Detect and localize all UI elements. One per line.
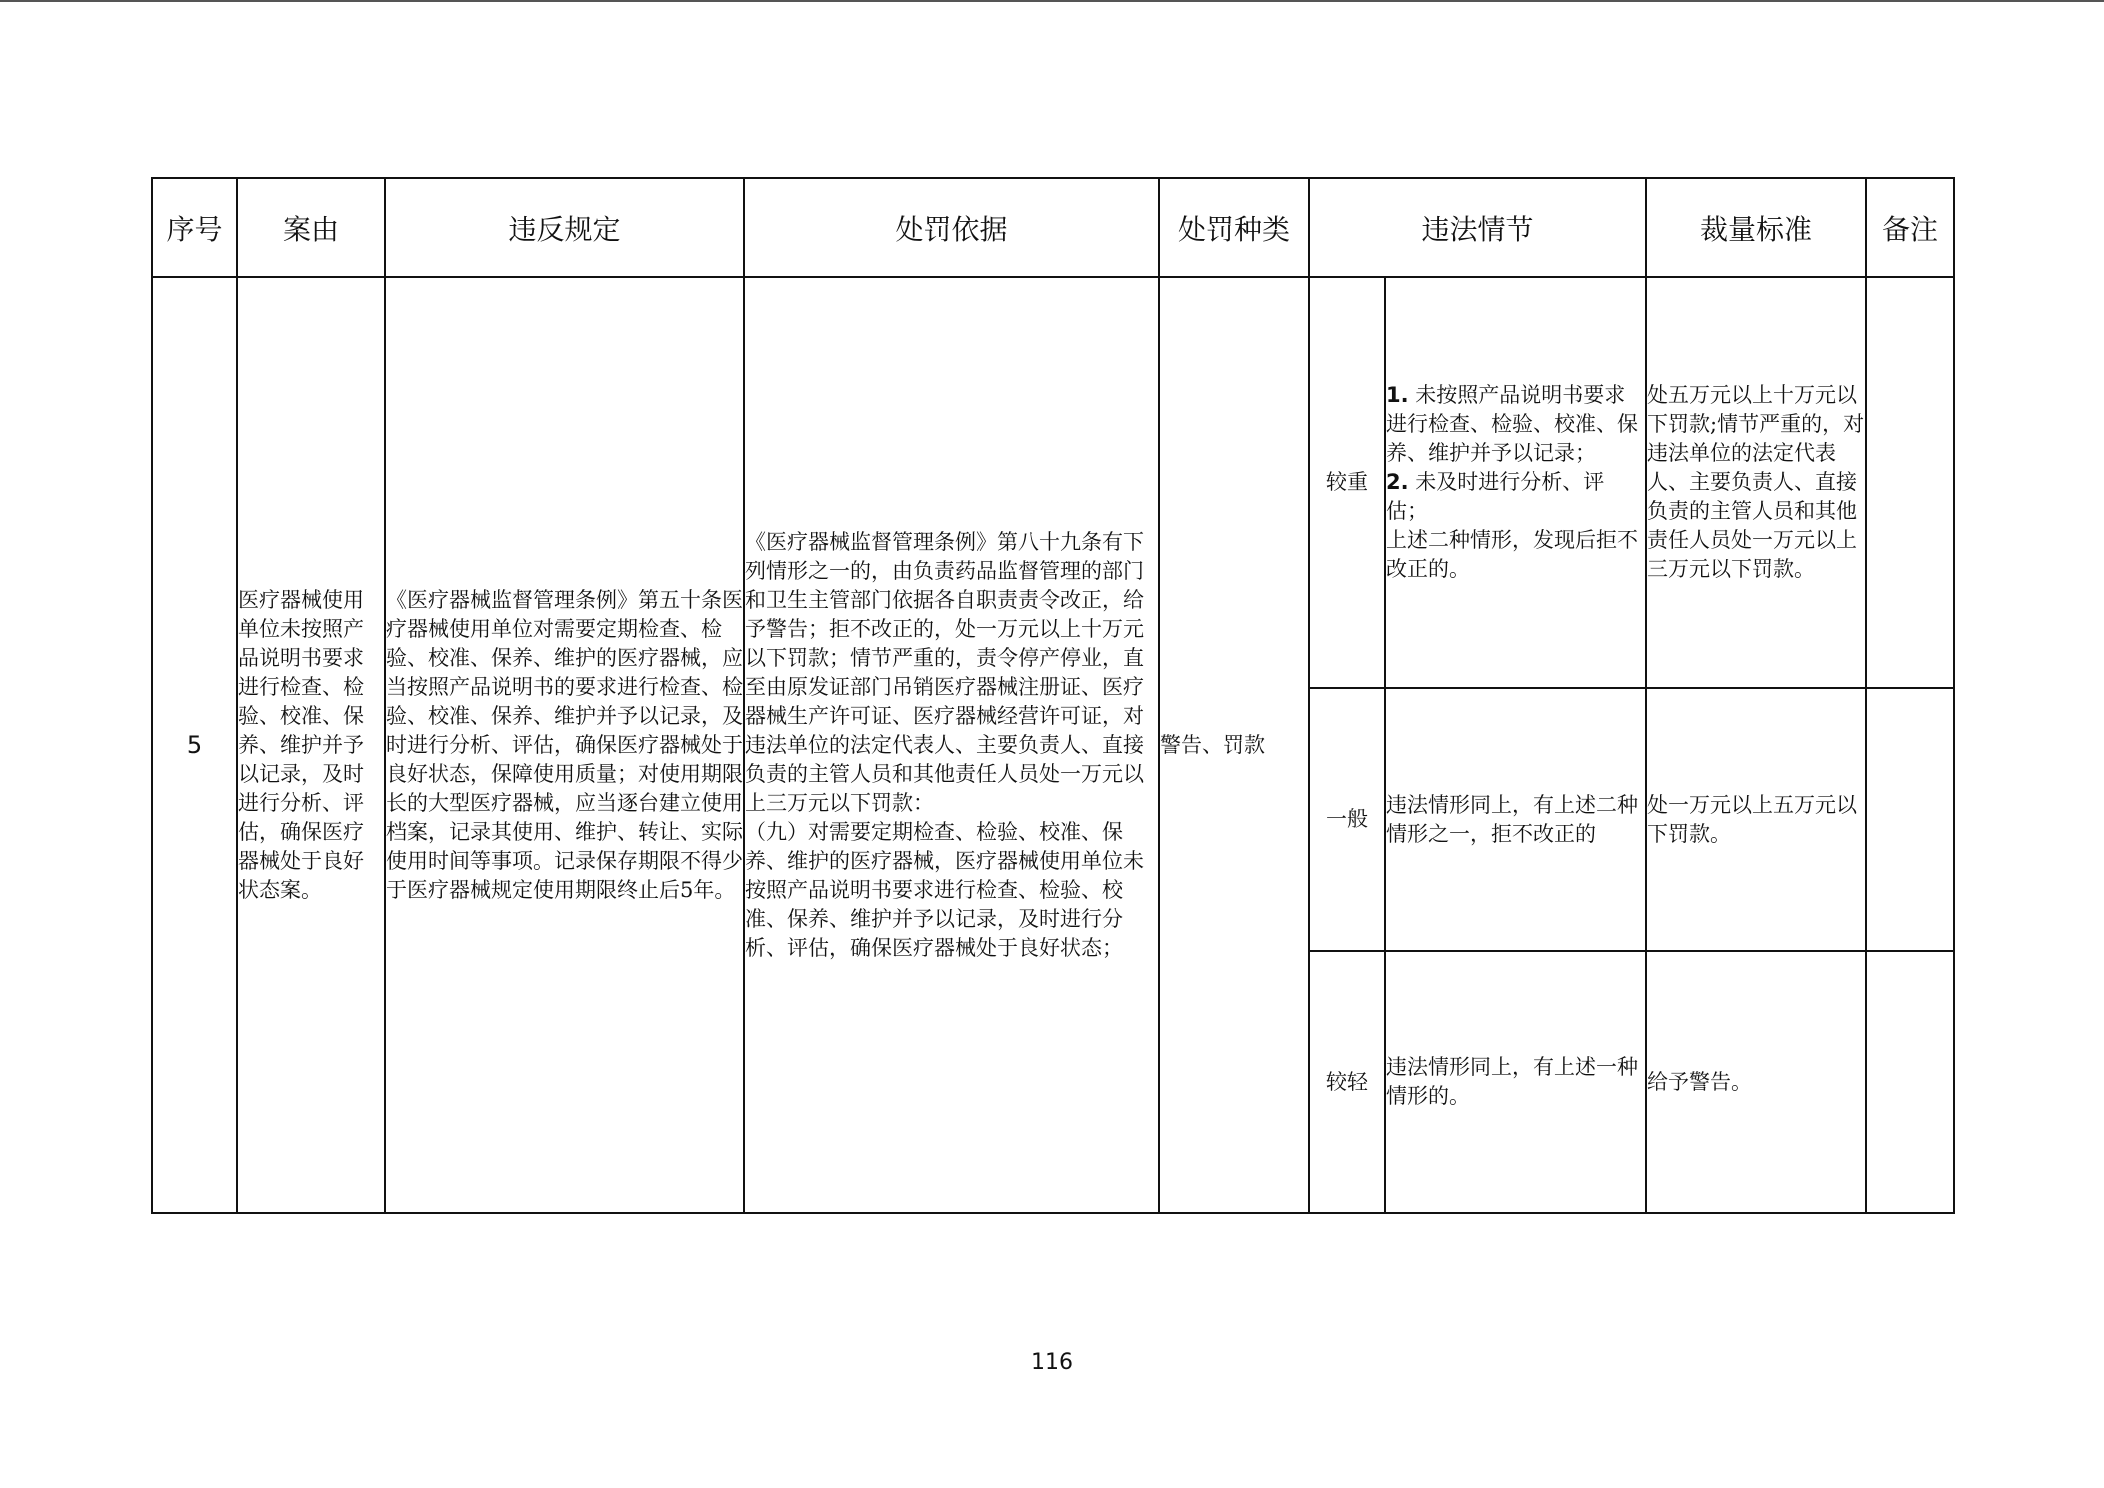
seq-cell: 5	[152, 277, 237, 1213]
circumstance-severe: 1. 未按照产品说明书要求进行检查、检验、校准、保养、维护并予以记录； 2. 未…	[1385, 277, 1646, 688]
header-remarks: 备注	[1866, 178, 1954, 277]
penalty-basis-cell: 《医疗器械监督管理条例》第八十九条有下列情形之一的，由负责药品监督管理的部门和卫…	[744, 277, 1159, 1213]
penalty-basis-item: （九）对需要定期检查、检验、校准、保养、维护的医疗器械，医疗器械使用单位未按照产…	[745, 818, 1158, 963]
item1-number: 1.	[1386, 383, 1409, 407]
remark-severe	[1866, 277, 1954, 688]
level-minor: 较轻	[1309, 951, 1385, 1213]
case-cell: 医疗器械使用单位未按照产品说明书要求进行检查、检验、校准、保养、维护并予以记录，…	[237, 277, 385, 1213]
header-penalty-basis: 处罚依据	[744, 178, 1159, 277]
remark-minor	[1866, 951, 1954, 1213]
item2-number: 2.	[1386, 470, 1409, 494]
header-violated-rule: 违反规定	[385, 178, 744, 277]
item2-text: 未及时进行分析、评估；	[1386, 470, 1604, 523]
penalty-type-cell: 警告、罚款	[1159, 277, 1309, 1213]
header-seq: 序号	[152, 178, 237, 277]
circumstance-minor: 违法情形同上，有上述一种情形的。	[1385, 951, 1646, 1213]
circumstance-general: 违法情形同上，有上述二种情形之一，拒不改正的	[1385, 688, 1646, 951]
header-penalty-type: 处罚种类	[1159, 178, 1309, 277]
standard-general: 处一万元以上五万元以下罚款。	[1646, 688, 1866, 951]
standard-severe: 处五万元以上十万元以下罚款;情节严重的，对违法单位的法定代表人、主要负责人、直接…	[1646, 277, 1866, 688]
violated-rule-cell: 《医疗器械监督管理条例》第五十条医疗器械使用单位对需要定期检查、检验、校准、保养…	[385, 277, 744, 1213]
level-severe: 较重	[1309, 277, 1385, 688]
remark-general	[1866, 688, 1954, 951]
item1-text: 未按照产品说明书要求进行检查、检验、校准、保养、维护并予以记录；	[1386, 383, 1638, 465]
header-row: 序号 案由 违反规定 处罚依据 处罚种类 违法情节 裁量标准 备注	[152, 178, 1954, 277]
penalty-basis-main: 《医疗器械监督管理条例》第八十九条有下列情形之一的，由负责药品监督管理的部门和卫…	[745, 528, 1158, 818]
header-discretion-standard: 裁量标准	[1646, 178, 1866, 277]
penalty-discretion-table: 序号 案由 违反规定 处罚依据 处罚种类 违法情节 裁量标准 备注 5 医疗器械…	[151, 177, 1955, 1214]
header-circumstances: 违法情节	[1309, 178, 1646, 277]
level-general: 一般	[1309, 688, 1385, 951]
header-case: 案由	[237, 178, 385, 277]
standard-minor: 给予警告。	[1646, 951, 1866, 1213]
page-number: 116	[0, 1350, 2104, 1375]
severe-summary: 上述二种情形，发现后拒不改正的。	[1386, 526, 1645, 584]
table-row: 5 医疗器械使用单位未按照产品说明书要求进行检查、检验、校准、保养、维护并予以记…	[152, 277, 1954, 688]
page-top-border	[0, 0, 2104, 2]
